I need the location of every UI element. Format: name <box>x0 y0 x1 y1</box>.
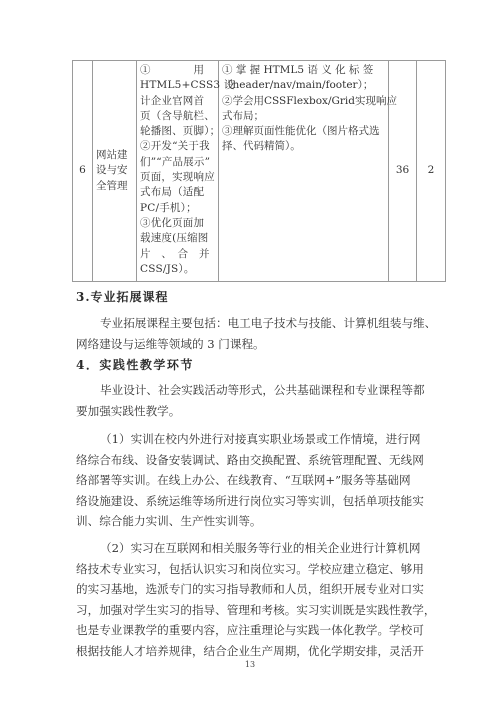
course-name: 网站建 设与安 全管理 <box>93 61 137 282</box>
paragraph-line: 毕业设计、社会实践活动等形式，公共基础课程和专业课程等都 <box>76 380 430 401</box>
paragraph-line: 络部署等实训。在线上办公、在线教育、“互联网+”服务等基础网 <box>76 470 430 491</box>
course-content: ① 用 HTML5+CSS3 设 计企业官网首 页（含导航栏、 轮播图、页脚）；… <box>137 61 219 282</box>
content-line: 载速度(压缩图 <box>140 231 215 246</box>
section-3-paragraph: 专业拓展课程主要包括：电工电子技术与技能、计算机组装与维、 网络建设与运维等领域… <box>76 313 430 354</box>
course-name-line: 全管理 <box>96 179 133 194</box>
content-line: 轮播图、页脚）； <box>140 124 215 139</box>
section-heading-3: 3.专业拓展课程 <box>76 288 169 305</box>
paragraph-line: （1）实训在校内外进行对接真实职业场景或工作情境，进行网 <box>76 429 430 450</box>
content-line: ②开发“关于我 <box>140 139 215 154</box>
content-line: 计企业官网首 <box>140 94 215 109</box>
goal-line: （header/nav/main/footer）； <box>222 78 385 93</box>
content-line: PC/手机）； <box>140 201 215 216</box>
content-line: CSS/JS）。 <box>140 262 215 277</box>
course-number: 6 <box>73 61 93 282</box>
document-page: 6 网站建 设与安 全管理 ① 用 HTML5+CSS3 设 计企业官网首 页（… <box>0 0 500 707</box>
goal-line: 式布局； <box>222 109 385 124</box>
section-4-item-2: （2）实习在互联网和相关服务等行业的相关企业进行计算机网 络技术专业实习，包括认… <box>76 538 430 661</box>
course-name-line: 网站建 <box>96 148 133 163</box>
content-line: 式布局（适配 <box>140 185 215 200</box>
content-line: 页面，实现响应 <box>140 170 215 185</box>
content-line: ③优化页面加 <box>140 216 215 231</box>
content-line: ① 用 <box>140 63 215 78</box>
paragraph-line: 网络建设与运维等领域的 3 门课程。 <box>76 334 430 355</box>
paragraph-line: 习，加强对学生实习的指导、管理和考核。实习实训既是实践性教学， <box>76 600 430 621</box>
paragraph-line: 络技术专业实习，包括认识实习和岗位实习。学校应建立稳定、够用 <box>76 559 430 580</box>
course-name-line: 设与安 <box>96 163 133 178</box>
goal-line: ① 掌 握 HTML5 语 义 化 标 签 <box>222 63 385 78</box>
paragraph-line: （2）实习在互联网和相关服务等行业的相关企业进行计算机网 <box>76 538 430 559</box>
content-line: 们”“产品展示” <box>140 155 215 170</box>
paragraph-line: 也是专业课教学的重要内容，应注重理论与实践一体化教学。学校可 <box>76 620 430 641</box>
content-line: HTML5+CSS3 设 <box>140 78 215 93</box>
course-credits: 2 <box>417 61 446 282</box>
paragraph-line: 训、综合能力实训、生产性实训等。 <box>76 511 430 532</box>
paragraph-line: 络设施建设、系统运维等场所进行岗位实习等实训，包括单项技能实 <box>76 491 430 512</box>
paragraph-line: 要加强实践性教学。 <box>76 401 430 422</box>
paragraph-line: 专业拓展课程主要包括：电工电子技术与技能、计算机组装与维、 <box>76 313 430 334</box>
section-4-intro: 毕业设计、社会实践活动等形式，公共基础课程和专业课程等都 要加强实践性教学。 <box>76 380 430 421</box>
course-table: 6 网站建 设与安 全管理 ① 用 HTML5+CSS3 设 计企业官网首 页（… <box>72 60 446 282</box>
course-goals: ① 掌 握 HTML5 语 义 化 标 签 （header/nav/main/f… <box>219 61 389 282</box>
paragraph-line: 根据技能人才培养规律，结合企业生产周期，优化学期安排，灵活开 <box>76 641 430 662</box>
content-line: 片 、 合 并 <box>140 247 215 262</box>
goal-line: ③理解页面性能优化（图片格式选 <box>222 124 385 139</box>
paragraph-line: 的实习基地，选派专门的实习指导教师和人员，组织开展专业对口实 <box>76 579 430 600</box>
content-line: 页（含导航栏、 <box>140 109 215 124</box>
section-4-item-1: （1）实训在校内外进行对接真实职业场景或工作情境，进行网 络综合布线、设备安装调… <box>76 429 430 532</box>
page-number: 13 <box>0 660 500 669</box>
table-row: 6 网站建 设与安 全管理 ① 用 HTML5+CSS3 设 计企业官网首 页（… <box>73 61 446 282</box>
goal-line: 择、代码精简）。 <box>222 139 385 154</box>
goal-line: ②学会用CSSFlexbox/Grid实现响应 <box>222 94 385 109</box>
paragraph-line: 络综合布线、设备安装调试、路由交换配置、系统管理配置、无线网 <box>76 450 430 471</box>
course-hours: 36 <box>389 61 417 282</box>
section-heading-4: 4．实践性教学环节 <box>76 356 194 373</box>
